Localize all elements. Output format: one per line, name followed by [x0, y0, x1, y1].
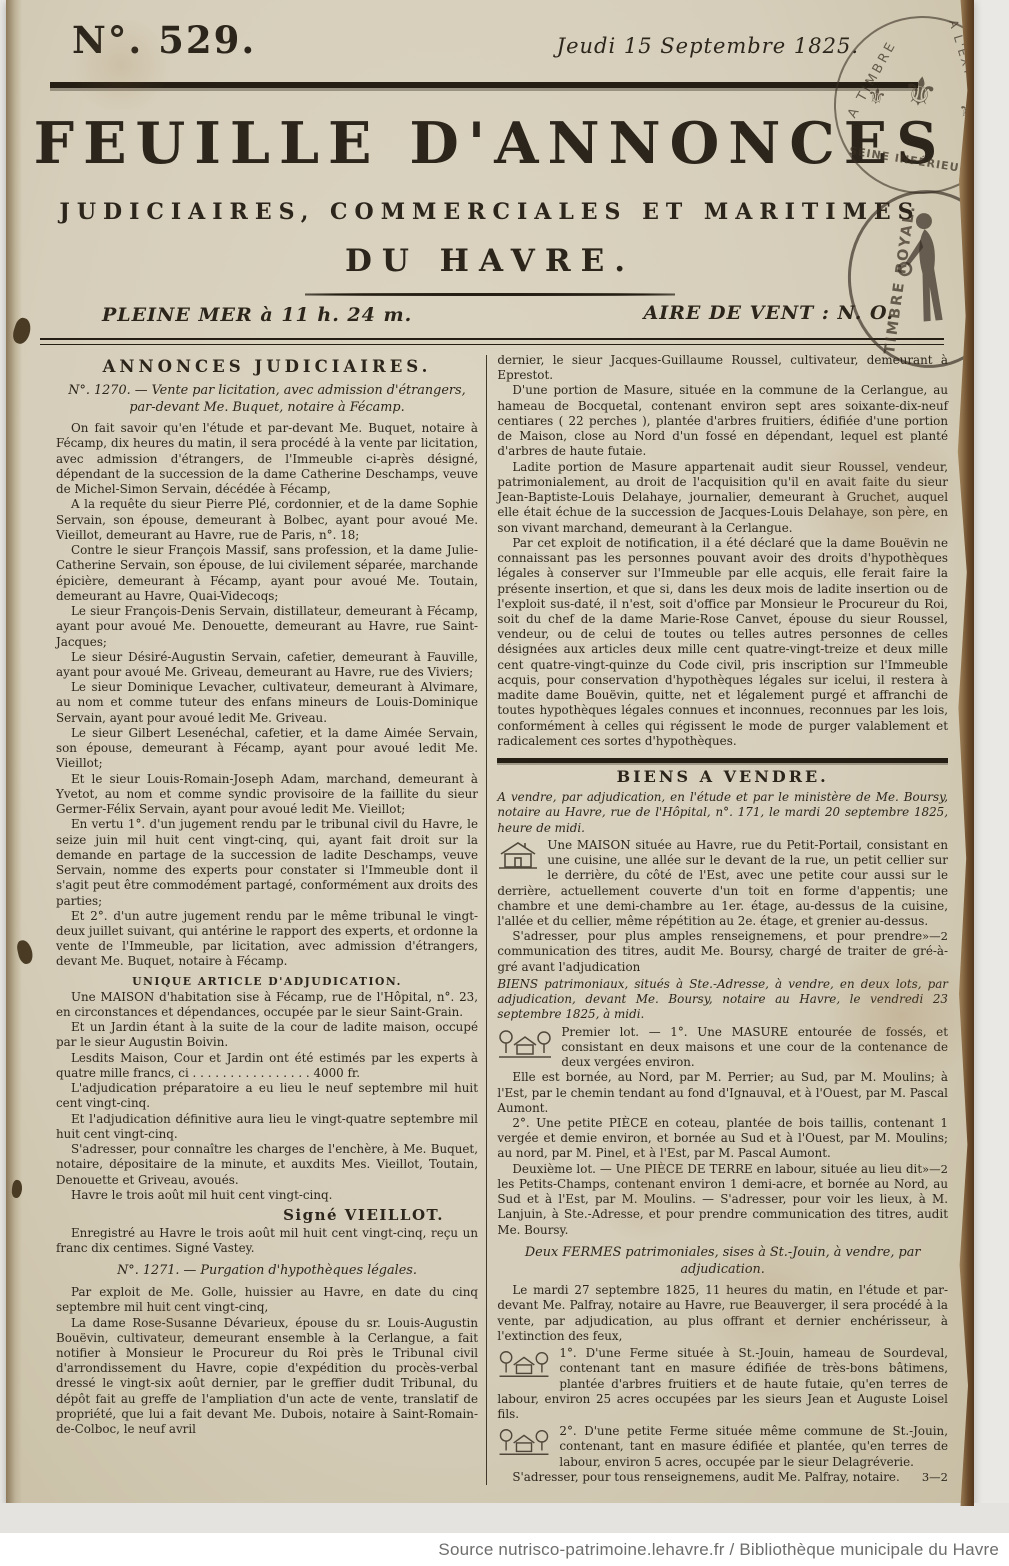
- section-separator-rule: [497, 758, 948, 763]
- insertion-marker: 3—2: [922, 1470, 948, 1485]
- notice-1270-title: N°. 1270. — Vente par licitation, avec a…: [60, 383, 474, 416]
- paragraph: Le sieur François-Denis Servain, distill…: [56, 604, 478, 650]
- notice-1271-title: N°. 1271. — Purgation d'hypothèques léga…: [60, 1263, 474, 1280]
- fermes-contact: 3—2S'adresser, pour tous renseignemens, …: [497, 1470, 948, 1485]
- maison-notice: Une MAISON située au Havre, rue du Petit…: [497, 838, 948, 929]
- paragraph: Havre le trois août mil huit cent vingt-…: [56, 1188, 478, 1203]
- signature-vieillot: Signé VIEILLOT.: [56, 1206, 444, 1224]
- lot1-piece2: 2°. Une petite PIÈCE en coteau, plantée …: [497, 1116, 948, 1162]
- section-header-biens: BIENS A VENDRE.: [497, 767, 948, 786]
- paragraph: La dame Rose-Susanne Dévarieux, épouse d…: [56, 1316, 478, 1438]
- left-column: ANNONCES JUDICIAIRES. N°. 1270. — Vente …: [56, 353, 478, 1485]
- farm-icon: [497, 1348, 551, 1384]
- binding-edge: [6, 0, 22, 1506]
- paragraph: Une MAISON d'habitation sise à Fécamp, r…: [56, 990, 478, 1020]
- fermes-intro: Le mardi 27 septembre 1825, 11 heures du…: [497, 1283, 948, 1344]
- paragraph: Et l'adjudication définitive aura lieu l…: [56, 1112, 478, 1142]
- paragraph: A la requête du sieur Pierre Plé, cordon…: [56, 497, 478, 543]
- paragraph: dernier, le sieur Jacques-Guillaume Rous…: [497, 353, 948, 383]
- paragraph-estimate: Lesdits Maison, Cour et Jardin ont été e…: [56, 1051, 478, 1081]
- maison-contact-text: S'adresser, pour plus amples renseigneme…: [497, 929, 948, 973]
- newspaper-page: N°. 529. Jeudi 15 Septembre 1825. FEUILL…: [6, 0, 974, 1506]
- sale-intro: A vendre, par adjudication, en l'étude e…: [497, 790, 948, 836]
- insertion-marker: »—2: [922, 929, 948, 944]
- farm-icon: [497, 1027, 553, 1065]
- lot1-text: Premier lot. — 1°. Une MASURE entourée d…: [561, 1025, 948, 1069]
- masthead-top-row: N°. 529. Jeudi 15 Septembre 1825.: [6, 0, 974, 78]
- paragraph: Le sieur Gilbert Lesenéchal, cafetier, e…: [56, 726, 478, 772]
- ferme2-text: 2°. D'une petite Ferme située même commu…: [559, 1424, 948, 1468]
- right-column: dernier, le sieur Jacques-Guillaume Rous…: [497, 353, 948, 1485]
- biens-patrimoniaux-intro: BIENS patrimoniaux, situés à Ste.-Adress…: [497, 977, 948, 1023]
- double-rule: [40, 338, 944, 345]
- insertion-marker: »—2: [922, 1162, 948, 1177]
- source-footer-bar: Source nutrisco-patrimoine.lehavre.fr / …: [0, 1533, 1009, 1566]
- columns-container: ANNONCES JUDICIAIRES. N°. 1270. — Vente …: [6, 345, 974, 1485]
- lot2-notice: »—2Deuxième lot. — Une PIÈCE DE TERRE en…: [497, 1162, 948, 1238]
- issue-date: Jeudi 15 Septembre 1825.: [557, 34, 859, 58]
- fleur-de-lis-icon: ⚜: [865, 83, 888, 111]
- horizontal-rule: [50, 82, 918, 88]
- ferme1-notice: 1°. D'une Ferme située à St.-Jouin, hame…: [497, 1346, 948, 1422]
- fleur-de-lis-icon: ⚜: [899, 67, 942, 118]
- column-divider-rule: [486, 355, 487, 1485]
- farm-icon: [497, 1426, 551, 1462]
- paragraph: Et le sieur Louis-Romain-Joseph Adam, ma…: [56, 772, 478, 818]
- issue-number: N°. 529.: [72, 18, 256, 62]
- paragraph-registered: Enregistré au Havre le trois août mil hu…: [56, 1226, 478, 1256]
- section-header-judiciaires: ANNONCES JUDICIAIRES.: [56, 357, 478, 376]
- ferme2-notice: 2°. D'une petite Ferme située même commu…: [497, 1424, 948, 1470]
- maison-contact: »—2S'adresser, pour plus amples renseign…: [497, 929, 948, 975]
- maison-text: Une MAISON située au Havre, rue du Petit…: [497, 838, 948, 928]
- classical-figure-icon: [891, 207, 963, 330]
- subhead-adjudication: UNIQUE ARTICLE D'ADJUDICATION.: [56, 975, 478, 988]
- scan-background-strip: [0, 1503, 1009, 1533]
- ferme1-text: 1°. D'une Ferme située à St.-Jouin, hame…: [497, 1346, 948, 1421]
- paragraph: L'adjudication préparatoire a eu lieu le…: [56, 1081, 478, 1111]
- paragraph: Contre le sieur François Massif, sans pr…: [56, 543, 478, 604]
- paragraph: Ladite portion de Masure appartenait aud…: [497, 460, 948, 536]
- paragraph: Par cet exploit de notification, il a ét…: [497, 536, 948, 749]
- source-credit: Source nutrisco-patrimoine.lehavre.fr / …: [438, 1533, 999, 1566]
- lot1-notice: Premier lot. — 1°. Une MASURE entourée d…: [497, 1025, 948, 1071]
- newspaper-place: DU HAVRE.: [6, 243, 974, 279]
- paragraph: Le sieur Désiré-Augustin Servain, cafeti…: [56, 650, 478, 680]
- paragraph: Par exploit de Me. Golle, huissier au Ha…: [56, 1285, 478, 1315]
- paragraph: D'une portion de Masure, située en la co…: [497, 383, 948, 459]
- paragraph: Le sieur Dominique Levacher, cultivateur…: [56, 680, 478, 726]
- newspaper-subtitle: JUDICIAIRES, COMMERCIALES ET MARITIMES: [6, 199, 974, 225]
- tide-info: PLEINE MER à 11 h. 24 m.: [102, 304, 412, 326]
- paragraph: En vertu 1°. d'un jugement rendu par le …: [56, 817, 478, 908]
- fermes-contact-text: S'adresser, pour tous renseignemens, aud…: [512, 1470, 899, 1484]
- lot2-text: Deuxième lot. — Une PIÈCE DE TERRE en la…: [497, 1162, 948, 1237]
- tide-wind-row: PLEINE MER à 11 h. 24 m. AIRE DE VENT : …: [6, 302, 974, 332]
- lot1-bounds: Elle est bornée, au Nord, par M. Perrier…: [497, 1070, 948, 1116]
- decorative-rule: [305, 293, 675, 296]
- paragraph: On fait savoir qu'en l'étude et par-deva…: [56, 421, 478, 497]
- fermes-title: Deux FERMES patrimoniales, sises à St.-J…: [501, 1245, 944, 1278]
- house-icon: [497, 840, 539, 874]
- paragraph: S'adresser, pour connaître les charges d…: [56, 1142, 478, 1188]
- paragraph: Et un Jardin étant à la suite de la cour…: [56, 1020, 478, 1050]
- paragraph: Et 2°. d'un autre jugement rendu par le …: [56, 909, 478, 970]
